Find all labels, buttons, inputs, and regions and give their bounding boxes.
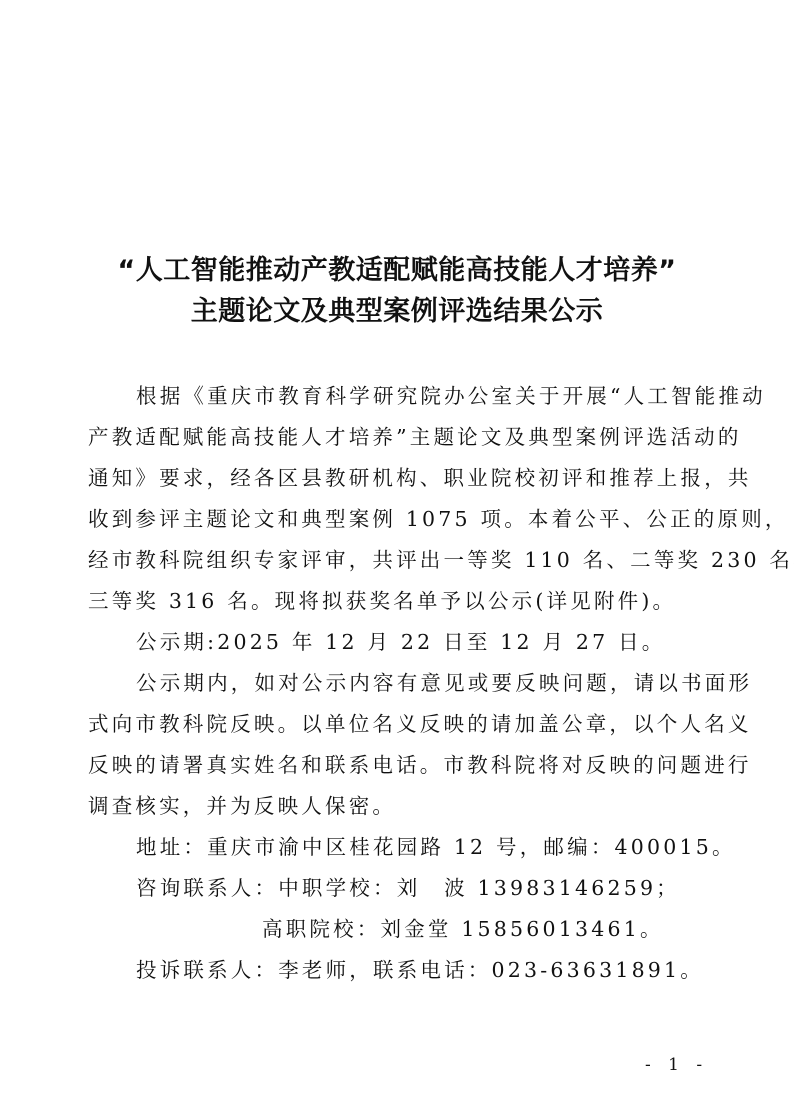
paragraph-3-line-4: 调查核实，并为反映人保密。	[88, 792, 706, 820]
document-title-line-1: “人工智能推动产教适配赋能高技能人才培养”	[0, 251, 794, 291]
paragraph-1-line-3: 通知》要求，经各区县教研机构、职业院校初评和推荐上报，共	[88, 464, 706, 492]
paragraph-1-line-5: 经市教科院组织专家评审，共评出一等奖 110 名、二等奖 230 名、	[88, 546, 706, 574]
publicity-period: 公示期:2025 年 12 月 22 日至 12 月 27 日。	[136, 628, 754, 656]
address: 地址：重庆市渝中区桂花园路 12 号，邮编：400015。	[136, 833, 754, 861]
page-number: - 1 -	[645, 1055, 708, 1075]
paragraph-1-line-2: 产教适配赋能高技能人才培养”主题论文及典型案例评选活动的	[88, 423, 706, 451]
paragraph-1-line-6: 三等奖 316 名。现将拟获奖名单予以公示(详见附件)。	[88, 587, 706, 615]
document-page: “人工智能推动产教适配赋能高技能人才培养” 主题论文及典型案例评选结果公示 根据…	[0, 0, 794, 1108]
paragraph-1-line-4: 收到参评主题论文和典型案例 1075 项。本着公平、公正的原则，	[88, 505, 706, 533]
paragraph-3-line-1: 公示期内，如对公示内容有意见或要反映问题，请以书面形	[136, 669, 754, 697]
consult-contact-vocational-school: 咨询联系人：中职学校：刘 波 13983146259；	[136, 874, 754, 902]
document-title-line-2: 主题论文及典型案例评选结果公示	[0, 292, 794, 332]
paragraph-3-line-2: 式向市教科院反映。以单位名义反映的请加盖公章，以个人名义	[88, 710, 706, 738]
complaint-contact: 投诉联系人：李老师，联系电话：023-63631891。	[136, 956, 754, 984]
paragraph-3-line-3: 反映的请署真实姓名和联系电话。市教科院将对反映的问题进行	[88, 751, 706, 779]
consult-contact-higher-vocational: 高职院校：刘金堂 15856013461。	[262, 915, 794, 943]
paragraph-1-line-1: 根据《重庆市教育科学研究院办公室关于开展“人工智能推动	[136, 382, 754, 410]
